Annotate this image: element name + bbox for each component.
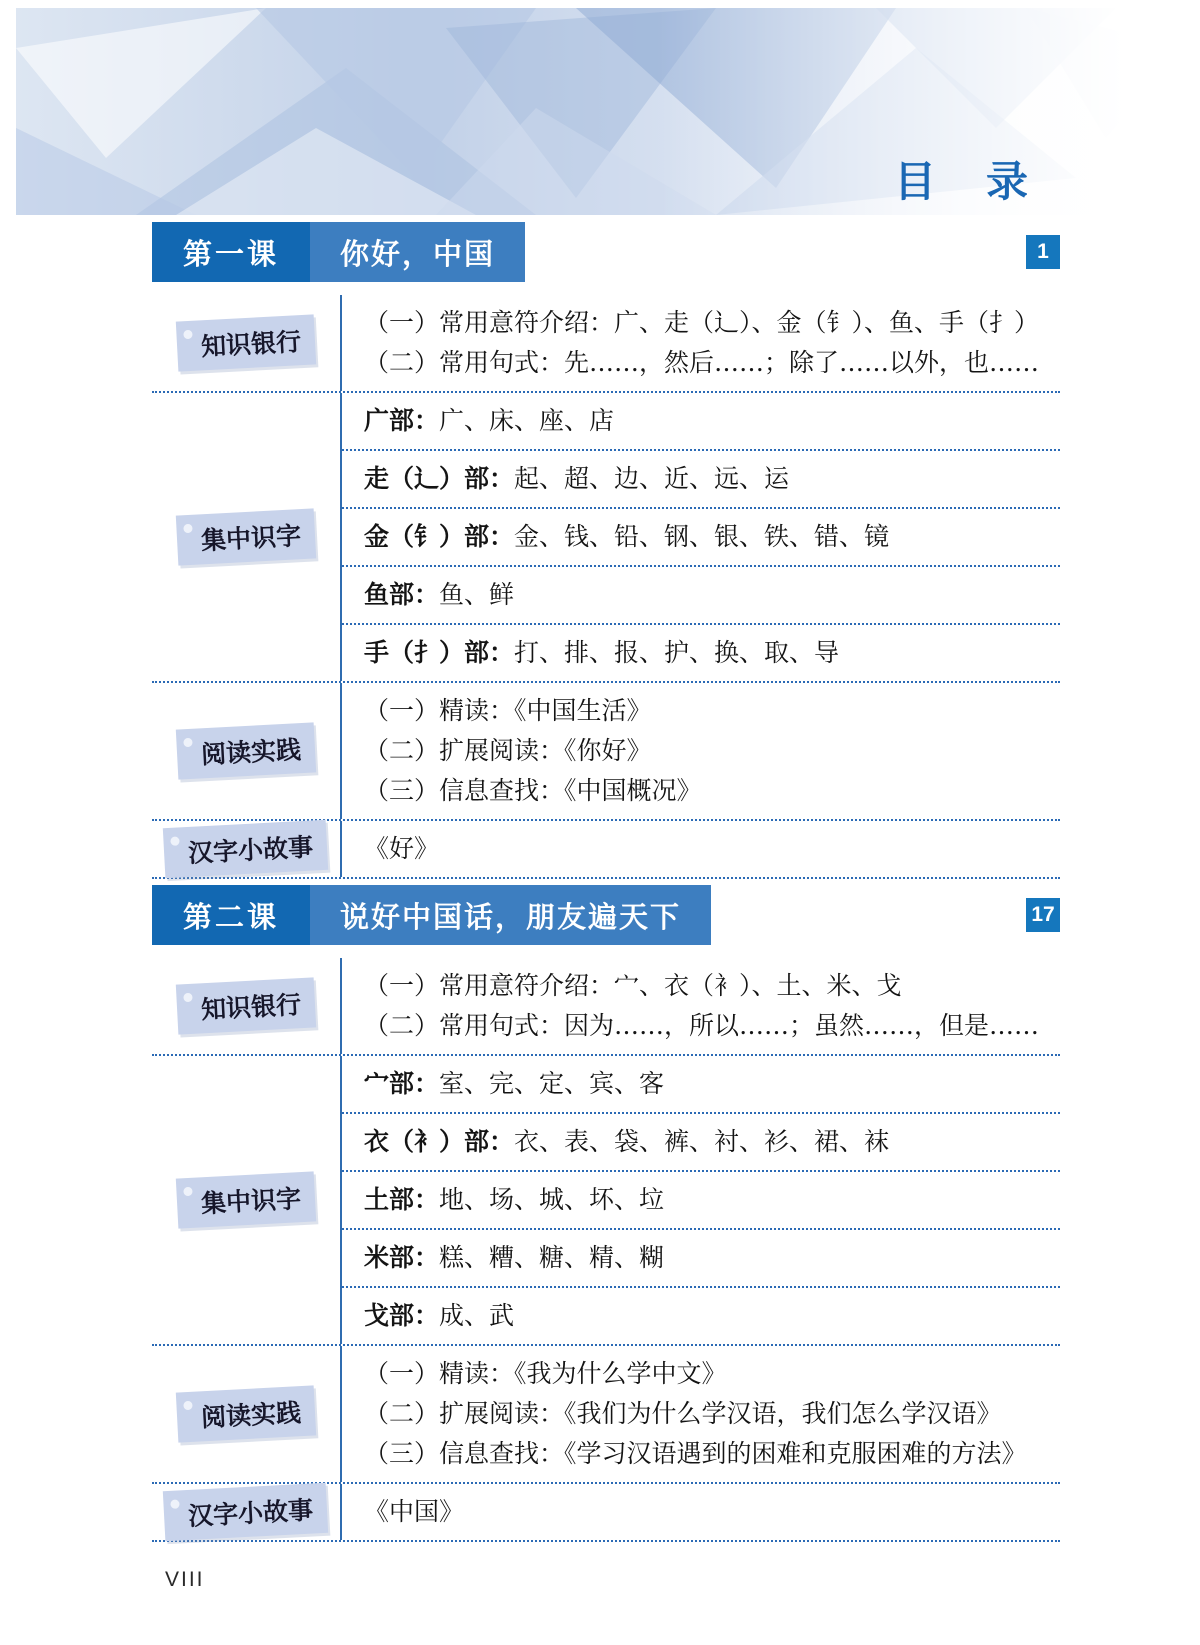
content-row: 走（辶）部：起、超、边、近、远、运 <box>342 449 1060 507</box>
lesson-number: 第二课 <box>152 885 310 945</box>
content-line: 衣（衤）部：衣、表、袋、裤、衬、衫、裙、袜 <box>364 1122 1060 1162</box>
content-row: 衣（衤）部：衣、表、袋、裤、衬、衫、裙、袜 <box>342 1112 1060 1170</box>
lesson-number: 第一课 <box>152 222 310 282</box>
section-label-cell: 集中识字 <box>152 393 340 681</box>
lesson-header: 第一课你好，中国1 <box>152 222 1060 282</box>
content-line: （二）常用句式：先……，然后……；除了……以外，也…… <box>364 343 1060 383</box>
toc-section: 知识银行（一）常用意符介绍：宀、衣（衤）、土、米、戈（二）常用句式：因为……，所… <box>152 958 1060 1054</box>
line-bold-prefix: 手（扌）部： <box>364 638 514 667</box>
section-label-cell: 阅读实践 <box>152 1346 340 1482</box>
content-line: （一）精读：《中国生活》 <box>364 691 1060 731</box>
section-content: 《中国》 <box>340 1484 1060 1540</box>
tag-dot <box>183 524 192 533</box>
lesson-table: 知识银行（一）常用意符介绍：广、走（辶）、金（钅）、鱼、手（扌）（二）常用句式：… <box>152 295 1060 879</box>
content-line: 戈部：成、武 <box>364 1296 1060 1336</box>
lesson-title: 说好中国话，朋友遍天下 <box>310 885 711 945</box>
content-line: 金（钅）部：金、钱、铅、钢、银、铁、错、镜 <box>364 517 1060 557</box>
content-row: （一）常用意符介绍：广、走（辶）、金（钅）、鱼、手（扌）（二）常用句式：先……，… <box>342 295 1060 391</box>
section-content: 《好》 <box>340 821 1060 877</box>
toc-section: 阅读实践（一）精读：《我为什么学中文》（二）扩展阅读：《我们为什么学汉语，我们怎… <box>152 1344 1060 1482</box>
section-label: 阅读实践 <box>200 1399 301 1432</box>
section-tag: 知识银行 <box>176 314 316 371</box>
section-label-cell: 汉字小故事 <box>152 1484 340 1540</box>
line-bold-prefix: 米部： <box>364 1243 439 1272</box>
section-content: 广部：广、床、座、店走（辶）部：起、超、边、近、远、运金（钅）部：金、钱、铅、钢… <box>340 393 1060 681</box>
section-tag: 集中识字 <box>176 1171 316 1228</box>
content-row: （一）精读：《我为什么学中文》（二）扩展阅读：《我们为什么学汉语，我们怎么学汉语… <box>342 1346 1060 1482</box>
toc-section: 集中识字广部：广、床、座、店走（辶）部：起、超、边、近、远、运金（钅）部：金、钱… <box>152 391 1060 681</box>
section-content: 宀部：室、完、定、宾、客衣（衤）部：衣、表、袋、裤、衬、衫、裙、袜土部：地、场、… <box>340 1056 1060 1344</box>
section-tag: 汉字小故事 <box>163 1483 328 1541</box>
section-label-cell: 知识银行 <box>152 958 340 1054</box>
content-line: 宀部：室、完、定、宾、客 <box>364 1064 1060 1104</box>
section-label-cell: 阅读实践 <box>152 683 340 819</box>
content-row: 宀部：室、完、定、宾、客 <box>342 1056 1060 1112</box>
tag-dot <box>183 1401 192 1410</box>
toc-title: 目 录 <box>894 149 1032 209</box>
line-bold-prefix: 衣（衤）部： <box>364 1127 514 1156</box>
section-label: 集中识字 <box>200 522 301 555</box>
lesson-page-badge: 1 <box>1026 235 1060 269</box>
lesson-block: 第一课你好，中国1知识银行（一）常用意符介绍：广、走（辶）、金（钅）、鱼、手（扌… <box>152 222 1060 879</box>
content-line: 手（扌）部：打、排、报、护、换、取、导 <box>364 633 1060 673</box>
section-label-cell: 集中识字 <box>152 1056 340 1344</box>
content-row: 土部：地、场、城、坏、垃 <box>342 1170 1060 1228</box>
tag-dot <box>183 993 192 1002</box>
section-label: 汉字小故事 <box>188 833 314 868</box>
line-bold-prefix: 走（辶）部： <box>364 464 514 493</box>
content-row: 《好》 <box>342 821 1060 877</box>
content-row: （一）常用意符介绍：宀、衣（衤）、土、米、戈（二）常用句式：因为……，所以……；… <box>342 958 1060 1054</box>
content-row: （一）精读：《中国生活》（二）扩展阅读：《你好》（三）信息查找：《中国概况》 <box>342 683 1060 819</box>
toc-content: 第一课你好，中国1知识银行（一）常用意符介绍：广、走（辶）、金（钅）、鱼、手（扌… <box>152 222 1060 1592</box>
toc-lessons: 第一课你好，中国1知识银行（一）常用意符介绍：广、走（辶）、金（钅）、鱼、手（扌… <box>152 222 1060 1542</box>
content-line: （二）常用句式：因为……，所以……；虽然……，但是…… <box>364 1006 1060 1046</box>
content-line: （二）扩展阅读：《我们为什么学汉语，我们怎么学汉语》 <box>364 1394 1060 1434</box>
line-bold-prefix: 戈部： <box>364 1301 439 1330</box>
toc-section: 阅读实践（一）精读：《中国生活》（二）扩展阅读：《你好》（三）信息查找：《中国概… <box>152 681 1060 819</box>
footer-page-number: VIII <box>165 1568 1060 1592</box>
content-line: （三）信息查找：《中国概况》 <box>364 771 1060 811</box>
section-tag: 阅读实践 <box>176 722 316 779</box>
section-content: （一）精读：《我为什么学中文》（二）扩展阅读：《我们为什么学汉语，我们怎么学汉语… <box>340 1346 1060 1482</box>
content-line: 《好》 <box>364 829 1060 869</box>
content-line: 广部：广、床、座、店 <box>364 401 1060 441</box>
toc-page: 目 录 第一课你好，中国1知识银行（一）常用意符介绍：广、走（辶）、金（钅）、鱼… <box>0 0 1200 1645</box>
tag-dot <box>183 330 192 339</box>
line-bold-prefix: 鱼部： <box>364 580 439 609</box>
line-bold-prefix: 广部： <box>364 406 439 435</box>
content-row: 鱼部：鱼、鲜 <box>342 565 1060 623</box>
lesson-title: 你好，中国 <box>310 222 525 282</box>
toc-section: 集中识字宀部：室、完、定、宾、客衣（衤）部：衣、表、袋、裤、衬、衫、裙、袜土部：… <box>152 1054 1060 1344</box>
toc-section: 汉字小故事《中国》 <box>152 1482 1060 1540</box>
lesson-header: 第二课说好中国话，朋友遍天下17 <box>152 885 1060 945</box>
content-line: （二）扩展阅读：《你好》 <box>364 731 1060 771</box>
lesson-table: 知识银行（一）常用意符介绍：宀、衣（衤）、土、米、戈（二）常用句式：因为……，所… <box>152 958 1060 1542</box>
tag-dot <box>171 1499 180 1508</box>
section-tag: 集中识字 <box>176 508 316 565</box>
section-label-cell: 知识银行 <box>152 295 340 391</box>
content-line: 土部：地、场、城、坏、垃 <box>364 1180 1060 1220</box>
toc-section: 汉字小故事《好》 <box>152 819 1060 877</box>
content-line: （三）信息查找：《学习汉语遇到的困难和克服困难的方法》 <box>364 1434 1060 1474</box>
content-line: （一）精读：《我为什么学中文》 <box>364 1354 1060 1394</box>
tag-dot <box>183 738 192 747</box>
content-line: （一）常用意符介绍：广、走（辶）、金（钅）、鱼、手（扌） <box>364 303 1060 343</box>
section-tag: 知识银行 <box>176 977 316 1034</box>
section-label: 汉字小故事 <box>188 1496 314 1531</box>
section-tag: 汉字小故事 <box>163 820 328 878</box>
section-content: （一）常用意符介绍：宀、衣（衤）、土、米、戈（二）常用句式：因为……，所以……；… <box>340 958 1060 1054</box>
section-label: 知识银行 <box>200 991 301 1024</box>
content-line: 走（辶）部：起、超、边、近、远、运 <box>364 459 1060 499</box>
line-bold-prefix: 宀部： <box>364 1069 439 1098</box>
content-row: 手（扌）部：打、排、报、护、换、取、导 <box>342 623 1060 681</box>
content-row: 广部：广、床、座、店 <box>342 393 1060 449</box>
content-line: 鱼部：鱼、鲜 <box>364 575 1060 615</box>
header-banner: 目 录 <box>16 8 1184 215</box>
tag-dot <box>171 836 180 845</box>
line-bold-prefix: 土部： <box>364 1185 439 1214</box>
content-line: 《中国》 <box>364 1492 1060 1532</box>
section-label-cell: 汉字小故事 <box>152 821 340 877</box>
section-content: （一）精读：《中国生活》（二）扩展阅读：《你好》（三）信息查找：《中国概况》 <box>340 683 1060 819</box>
section-tag: 阅读实践 <box>176 1385 316 1442</box>
toc-section: 知识银行（一）常用意符介绍：广、走（辶）、金（钅）、鱼、手（扌）（二）常用句式：… <box>152 295 1060 391</box>
content-row: 戈部：成、武 <box>342 1286 1060 1344</box>
content-line: （一）常用意符介绍：宀、衣（衤）、土、米、戈 <box>364 966 1060 1006</box>
tag-dot <box>183 1187 192 1196</box>
section-label: 阅读实践 <box>200 736 301 769</box>
section-label: 知识银行 <box>200 328 301 361</box>
content-row: 《中国》 <box>342 1484 1060 1540</box>
lesson-page-badge: 17 <box>1026 898 1060 932</box>
section-label: 集中识字 <box>200 1185 301 1218</box>
lesson-block: 第二课说好中国话，朋友遍天下17知识银行（一）常用意符介绍：宀、衣（衤）、土、米… <box>152 885 1060 1542</box>
content-row: 金（钅）部：金、钱、铅、钢、银、铁、错、镜 <box>342 507 1060 565</box>
line-bold-prefix: 金（钅）部： <box>364 522 514 551</box>
content-line: 米部：糕、糟、糖、精、糊 <box>364 1238 1060 1278</box>
section-content: （一）常用意符介绍：广、走（辶）、金（钅）、鱼、手（扌）（二）常用句式：先……，… <box>340 295 1060 391</box>
content-row: 米部：糕、糟、糖、精、糊 <box>342 1228 1060 1286</box>
